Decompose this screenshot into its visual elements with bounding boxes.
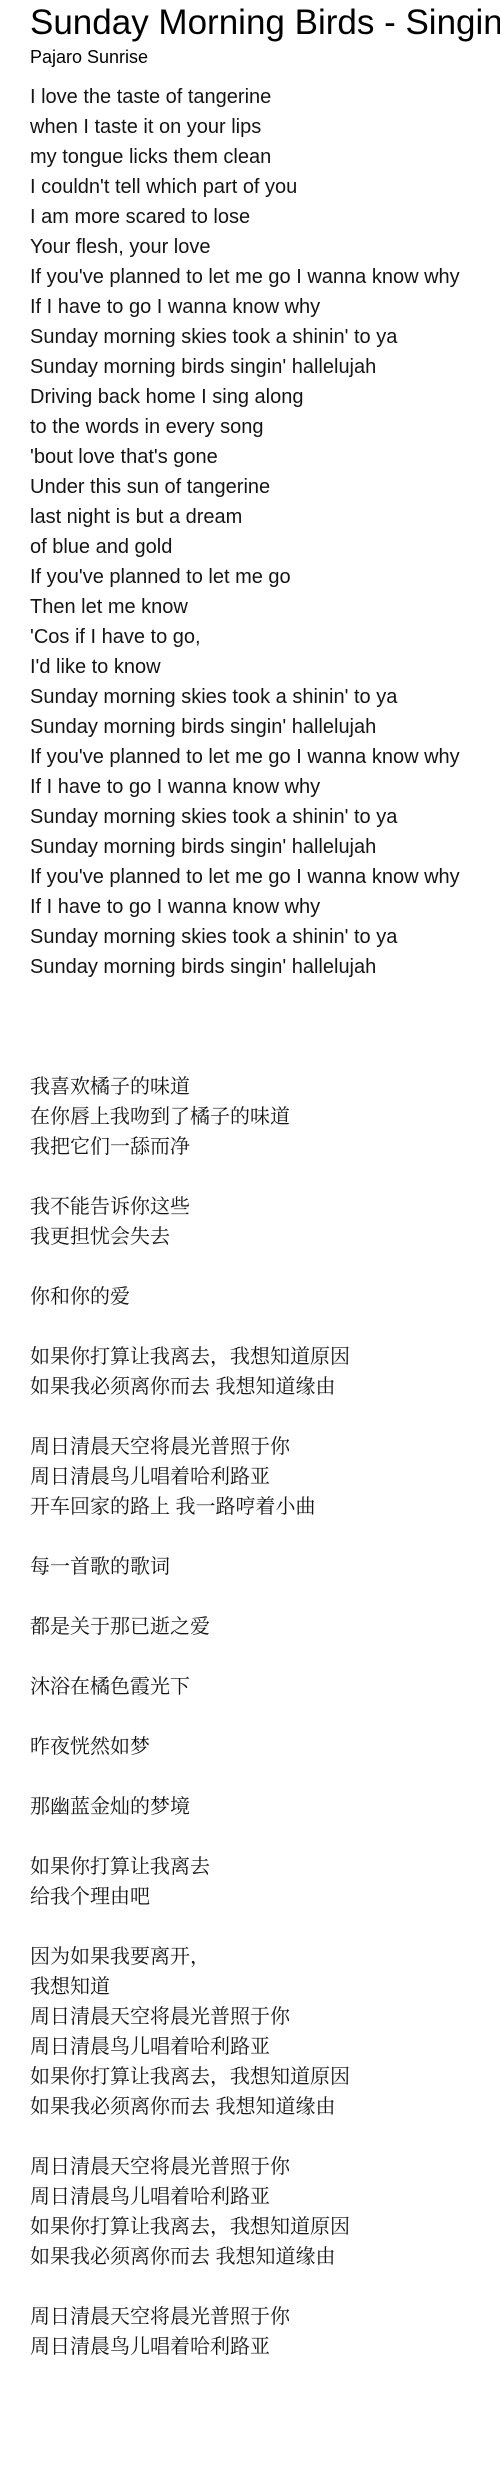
- lyric-line: [30, 1252, 500, 1282]
- lyric-line: [30, 1522, 500, 1552]
- lyric-line: 那幽蓝金灿的梦境: [30, 1792, 500, 1822]
- lyric-line: 周日清晨鸟儿唱着哈利路亚: [30, 2332, 500, 2362]
- lyric-line: 如果你打算让我离去，我想知道原因: [30, 2062, 500, 2092]
- lyric-line: 周日清晨鸟儿唱着哈利路亚: [30, 2032, 500, 2062]
- lyric-line: Sunday morning skies took a shinin' to y…: [30, 682, 500, 712]
- lyric-line: [30, 1762, 500, 1792]
- lyric-line: If you've planned to let me go: [30, 562, 500, 592]
- lyrics-english-block: I love the taste of tangerinewhen I tast…: [30, 82, 500, 982]
- song-title: Sunday Morning Birds - Singin' Halleluja…: [30, 2, 500, 44]
- lyric-line: [30, 1702, 500, 1732]
- lyric-line: 周日清晨天空将晨光普照于你: [30, 2302, 500, 2332]
- artist-name: Pajaro Sunrise: [30, 46, 500, 68]
- lyrics-page: Sunday Morning Birds - Singin' Halleluja…: [0, 0, 500, 2470]
- lyric-line: Sunday morning birds singin' hallelujah: [30, 952, 500, 982]
- lyric-line: Sunday morning skies took a shinin' to y…: [30, 802, 500, 832]
- lyric-line: 每一首歌的歌词: [30, 1552, 500, 1582]
- lyric-line: my tongue licks them clean: [30, 142, 500, 172]
- lyric-line: 在你唇上我吻到了橘子的味道: [30, 1102, 500, 1132]
- lyric-line: 开车回家的路上 我一路哼着小曲: [30, 1492, 500, 1522]
- lyric-line: of blue and gold: [30, 532, 500, 562]
- lyric-line: If you've planned to let me go I wanna k…: [30, 742, 500, 772]
- lyric-line: I'd like to know: [30, 652, 500, 682]
- lyric-line: 给我个理由吧: [30, 1882, 500, 1912]
- lyric-line: [30, 2122, 500, 2152]
- lyric-line: [30, 1642, 500, 1672]
- lyric-line: 周日清晨鸟儿唱着哈利路亚: [30, 2182, 500, 2212]
- lyric-line: Then let me know: [30, 592, 500, 622]
- lyric-line: 昨夜恍然如梦: [30, 1732, 500, 1762]
- lyric-line: 你和你的爱: [30, 1282, 500, 1312]
- lyric-line: 如果你打算让我离去，我想知道原因: [30, 2212, 500, 2242]
- lyric-line: I couldn't tell which part of you: [30, 172, 500, 202]
- lyric-line: Sunday morning skies took a shinin' to y…: [30, 922, 500, 952]
- lyric-line: 我想知道: [30, 1972, 500, 2002]
- lyric-line: If you've planned to let me go I wanna k…: [30, 862, 500, 892]
- lyric-line: If I have to go I wanna know why: [30, 892, 500, 922]
- lyric-line: 我不能告诉你这些: [30, 1192, 500, 1222]
- lyric-line: 都是关于那已逝之爱: [30, 1612, 500, 1642]
- lyric-line: [30, 1162, 500, 1192]
- lyric-line: 'bout love that's gone: [30, 442, 500, 472]
- lyric-line: 如果你打算让我离去，我想知道原因: [30, 1342, 500, 1372]
- lyric-line: 如果我必须离你而去 我想知道缘由: [30, 1372, 500, 1402]
- lyric-line: when I taste it on your lips: [30, 112, 500, 142]
- lyric-line: 因为如果我要离开，: [30, 1942, 500, 1972]
- lyric-line: 如果我必须离你而去 我想知道缘由: [30, 2092, 500, 2122]
- lyric-line: [30, 1312, 500, 1342]
- lyrics-chinese-block: 我喜欢橘子的味道在你唇上我吻到了橘子的味道我把它们一舔而净我不能告诉你这些我更担…: [30, 1072, 500, 2362]
- lyric-line: I am more scared to lose: [30, 202, 500, 232]
- lyric-line: 周日清晨天空将晨光普照于你: [30, 1432, 500, 1462]
- lyric-line: Driving back home I sing along: [30, 382, 500, 412]
- lyric-line: last night is but a dream: [30, 502, 500, 532]
- lyric-line: [30, 1582, 500, 1612]
- lyric-line: 周日清晨鸟儿唱着哈利路亚: [30, 1462, 500, 1492]
- lyric-line: 如果我必须离你而去 我想知道缘由: [30, 2242, 500, 2272]
- lyric-line: [30, 1912, 500, 1942]
- lyric-line: [30, 1402, 500, 1432]
- lyric-line: Sunday morning birds singin' hallelujah: [30, 352, 500, 382]
- lyric-line: 周日清晨天空将晨光普照于你: [30, 2002, 500, 2032]
- lyric-line: 我把它们一舔而净: [30, 1132, 500, 1162]
- lyric-line: 如果你打算让我离去: [30, 1852, 500, 1882]
- lyric-line: If I have to go I wanna know why: [30, 292, 500, 322]
- lyric-line: 沐浴在橘色霞光下: [30, 1672, 500, 1702]
- lyric-line: Sunday morning birds singin' hallelujah: [30, 712, 500, 742]
- lyric-line: 我更担忧会失去: [30, 1222, 500, 1252]
- lyric-line: [30, 2272, 500, 2302]
- lyric-line: I love the taste of tangerine: [30, 82, 500, 112]
- lyric-line: Your flesh, your love: [30, 232, 500, 262]
- lyric-line: 周日清晨天空将晨光普照于你: [30, 2152, 500, 2182]
- lyric-line: If you've planned to let me go I wanna k…: [30, 262, 500, 292]
- lyric-line: Sunday morning birds singin' hallelujah: [30, 832, 500, 862]
- lyric-line: to the words in every song: [30, 412, 500, 442]
- lyric-line: 'Cos if I have to go,: [30, 622, 500, 652]
- lyric-line: 我喜欢橘子的味道: [30, 1072, 500, 1102]
- lyric-line: Sunday morning skies took a shinin' to y…: [30, 322, 500, 352]
- lyric-line: [30, 1822, 500, 1852]
- lyric-line: Under this sun of tangerine: [30, 472, 500, 502]
- lyric-line: If I have to go I wanna know why: [30, 772, 500, 802]
